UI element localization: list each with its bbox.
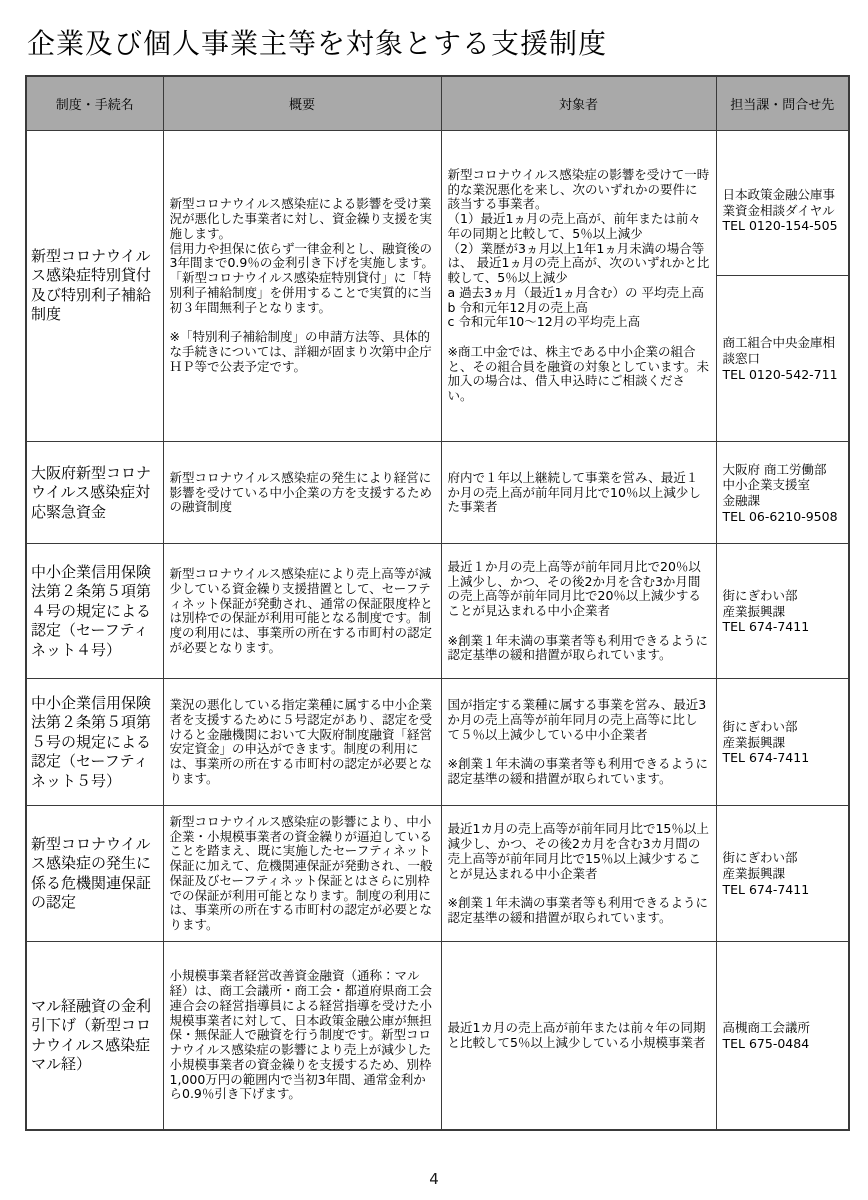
table-header-row: 制度・手続名 概要 対象者 担当課・問合せ先 <box>26 76 849 130</box>
row-overview-cell: 新型コロナウイルス感染症による影響を受け業況が悪化した事業者に対し、資金繰り支援… <box>163 130 441 442</box>
row-overview-cell: 新型コロナウイルス感染症の影響により、中小企業・小規模事業者の資金繰りが逼迫して… <box>163 806 441 942</box>
table-row-crisis-related-guarantee: 新型コロナウイルス感染症の発生に係る危機関連保証の認定 新型コロナウイルス感染症… <box>26 806 849 942</box>
page-number: 4 <box>0 1170 868 1188</box>
row-target-cell: 府内で１年以上継続して事業を営み、最近１か月の売上高が前年同月比で10％以上減少… <box>441 442 716 544</box>
col-header-target: 対象者 <box>441 76 716 130</box>
document-page: 企業及び個人事業主等を対象とする支援制度 制度・手続名 概要 対象者 担当課・問… <box>0 0 868 1200</box>
row-name-cell: 新型コロナウイルス感染症の発生に係る危機関連保証の認定 <box>26 806 163 942</box>
row-overview-cell: 小規模事業者経営改善資金融資（通称：マル経）は、商工会議所・商工会・都道府県商工… <box>163 942 441 1130</box>
row-target-cell: 国が指定する業種に属する事業を営み、最近3か月の売上高等が前年同月の売上高等に比… <box>441 679 716 806</box>
row-contact-cell: 大阪府 商工労働部 中小企業支援室 金融課 TEL 06-6210-9508 <box>716 442 849 544</box>
page-title: 企業及び個人事業主等を対象とする支援制度 <box>27 22 607 62</box>
row-contact-cell: 街にぎわい部 産業振興課 TEL 674-7411 <box>716 544 849 679</box>
row-name-cell: 中小企業信用保険法第２条第５項第４号の規定による認定（セーフティネット４号） <box>26 544 163 679</box>
row-name-cell: 新型コロナウイルス感染症特別貸付及び特別利子補給制度 <box>26 130 163 442</box>
row-name-cell: マル経融資の金利引下げ（新型コロナウイルス感染症マル経） <box>26 942 163 1130</box>
row-overview-cell: 新型コロナウイルス感染症により売上高等が減少している資金繰り支援措置として、セー… <box>163 544 441 679</box>
row-contact-cell: 街にぎわい部 産業振興課 TEL 674-7411 <box>716 679 849 806</box>
row-target-cell: 最近1カ月の売上高が前年または前々年の同期と比較して5％以上減少している小規模事… <box>441 942 716 1130</box>
col-header-overview: 概要 <box>163 76 441 130</box>
contact-item-shoko-chukin: 商工組合中央金庫相談窓口 TEL 0120-542-711 <box>717 292 849 426</box>
col-header-contact: 担当課・問合せ先 <box>716 76 849 130</box>
table-row-safety-net-5: 中小企業信用保険法第２条第５項第５号の規定による認定（セーフティネット５号） 業… <box>26 679 849 806</box>
row-contact-cell: 高槻商工会議所 TEL 675-0484 <box>716 942 849 1130</box>
col-header-procedure-name: 制度・手続名 <box>26 76 163 130</box>
row-contact-cell: 日本政策金融公庫事業資金相談ダイヤル TEL 0120-154-505 商工組合… <box>716 130 849 442</box>
contact-item-jfc: 日本政策金融公庫事業資金相談ダイヤル TEL 0120-154-505 <box>717 146 849 276</box>
row-overview-cell: 新型コロナウイルス感染症の発生により経営に影響を受けている中小企業の方を支援する… <box>163 442 441 544</box>
support-table: 制度・手続名 概要 対象者 担当課・問合せ先 新型コロナウイルス感染症特別貸付及… <box>25 75 850 1131</box>
table-row-special-loan: 新型コロナウイルス感染症特別貸付及び特別利子補給制度 新型コロナウイルス感染症に… <box>26 130 849 442</box>
row-target-cell: 最近1カ月の売上高等が前年同月比で15％以上減少し、かつ、その後2カ月を含む3カ… <box>441 806 716 942</box>
row-contact-cell: 街にぎわい部 産業振興課 TEL 674-7411 <box>716 806 849 942</box>
row-name-cell: 大阪府新型コロナウイルス感染症対応緊急資金 <box>26 442 163 544</box>
row-target-cell: 最近１か月の売上高等が前年同月比で20％以上減少し、かつ、その後2か月を含む3か… <box>441 544 716 679</box>
table-row-marukei-loan: マル経融資の金利引下げ（新型コロナウイルス感染症マル経） 小規模事業者経営改善資… <box>26 942 849 1130</box>
table-row-osaka-emergency-fund: 大阪府新型コロナウイルス感染症対応緊急資金 新型コロナウイルス感染症の発生により… <box>26 442 849 544</box>
row-target-cell: 新型コロナウイルス感染症の影響を受けて一時的な業況悪化を来し、次のいずれかの要件… <box>441 130 716 442</box>
table-row-safety-net-4: 中小企業信用保険法第２条第５項第４号の規定による認定（セーフティネット４号） 新… <box>26 544 849 679</box>
row-overview-cell: 業況の悪化している指定業種に属する中小企業者を支援するために５号認定があり、認定… <box>163 679 441 806</box>
row-name-cell: 中小企業信用保険法第２条第５項第５号の規定による認定（セーフティネット５号） <box>26 679 163 806</box>
